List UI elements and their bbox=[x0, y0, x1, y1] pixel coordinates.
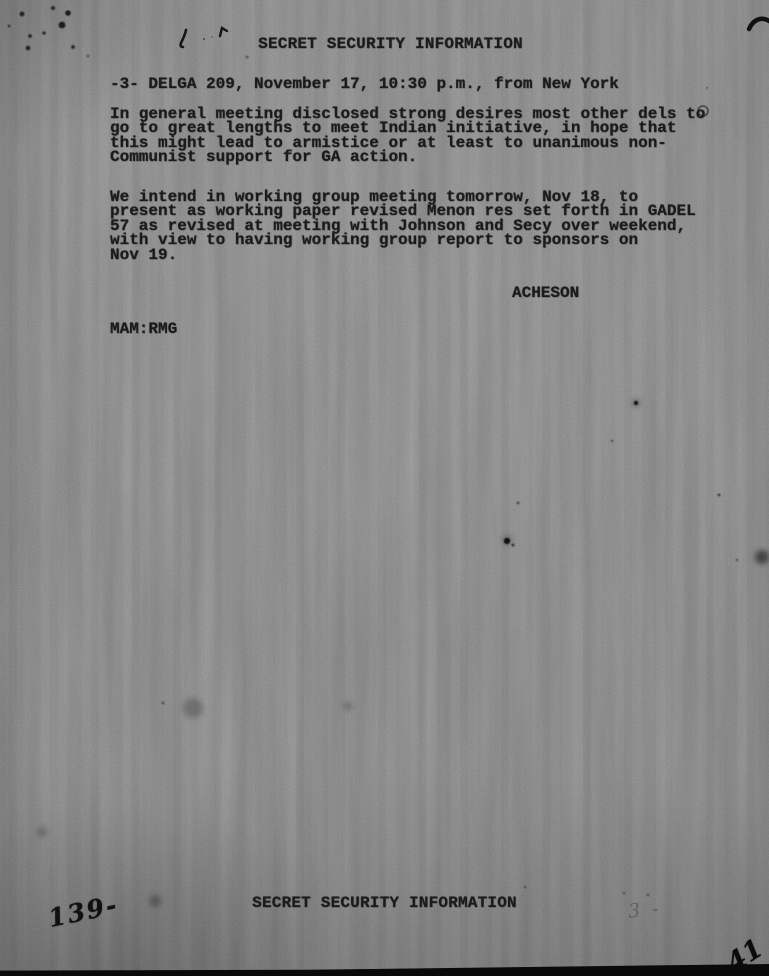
scattered-specks bbox=[162, 56, 739, 897]
scanned-telegram-page: SECRET SECURITY INFORMATION -3- DELGA 20… bbox=[0, 0, 769, 976]
scan-edge-bottom bbox=[0, 964, 769, 976]
signature: ACHESON bbox=[512, 286, 579, 300]
pen-hook-top-right bbox=[749, 19, 769, 29]
paragraph-1: In general meeting disclosed strong desi… bbox=[110, 107, 705, 165]
reference-line: -3- DELGA 209, November 17, 10:30 p.m., … bbox=[110, 77, 619, 91]
stain-smudges bbox=[37, 399, 769, 907]
classification-header: SECRET SECURITY INFORMATION bbox=[0, 37, 769, 51]
paragraph-2: We intend in working group meeting tomor… bbox=[110, 190, 696, 262]
drafter-initials: MAM:RMG bbox=[110, 322, 177, 336]
classification-footer: SECRET SECURITY INFORMATION bbox=[0, 896, 769, 910]
